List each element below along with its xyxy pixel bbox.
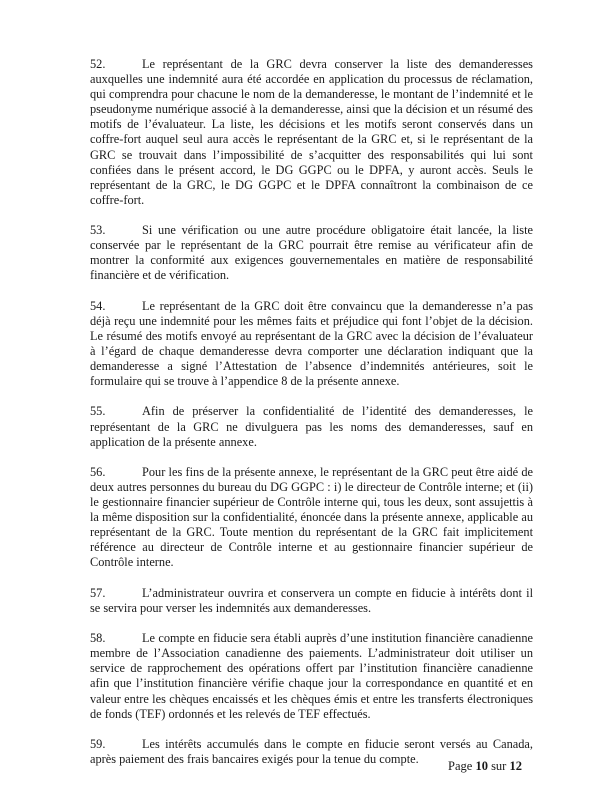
paragraph-55: 55.Afin de préserver la confidentialité … — [90, 404, 533, 449]
page-number-footer: Page 10 sur 12 — [448, 759, 522, 774]
paragraph-text: Le représentant de la GRC doit être conv… — [90, 299, 533, 388]
paragraph-number: 58. — [90, 631, 142, 646]
paragraph-number: 59. — [90, 737, 142, 752]
paragraph-57: 57.L’administrateur ouvrira et conserver… — [90, 586, 533, 616]
paragraph-58: 58.Le compte en fiducie sera établi aupr… — [90, 631, 533, 722]
paragraph-56: 56.Pour les fins de la présente annexe, … — [90, 465, 533, 571]
paragraph-number: 54. — [90, 299, 142, 314]
paragraph-text: Afin de préserver la confidentialité de … — [90, 404, 533, 448]
paragraph-number: 55. — [90, 404, 142, 419]
paragraph-number: 57. — [90, 586, 142, 601]
page-separator: sur — [491, 759, 506, 773]
paragraph-text: L’administrateur ouvrira et conservera u… — [90, 586, 533, 615]
paragraph-52: 52.Le représentant de la GRC devra conse… — [90, 57, 533, 208]
paragraph-text: Le représentant de la GRC devra conserve… — [90, 57, 533, 207]
paragraph-number: 52. — [90, 57, 142, 72]
paragraph-number: 53. — [90, 223, 142, 238]
total-pages: 12 — [509, 759, 522, 773]
document-body: 52.Le représentant de la GRC devra conse… — [90, 57, 533, 782]
paragraph-54: 54.Le représentant de la GRC doit être c… — [90, 299, 533, 390]
page-label: Page — [448, 759, 472, 773]
paragraph-text: Si une vérification ou une autre procédu… — [90, 223, 533, 282]
current-page: 10 — [475, 759, 488, 773]
paragraph-53: 53.Si une vérification ou une autre proc… — [90, 223, 533, 283]
paragraph-number: 56. — [90, 465, 142, 480]
paragraph-text: Le compte en fiducie sera établi auprès … — [90, 631, 533, 720]
paragraph-text: Pour les fins de la présente annexe, le … — [90, 465, 533, 570]
